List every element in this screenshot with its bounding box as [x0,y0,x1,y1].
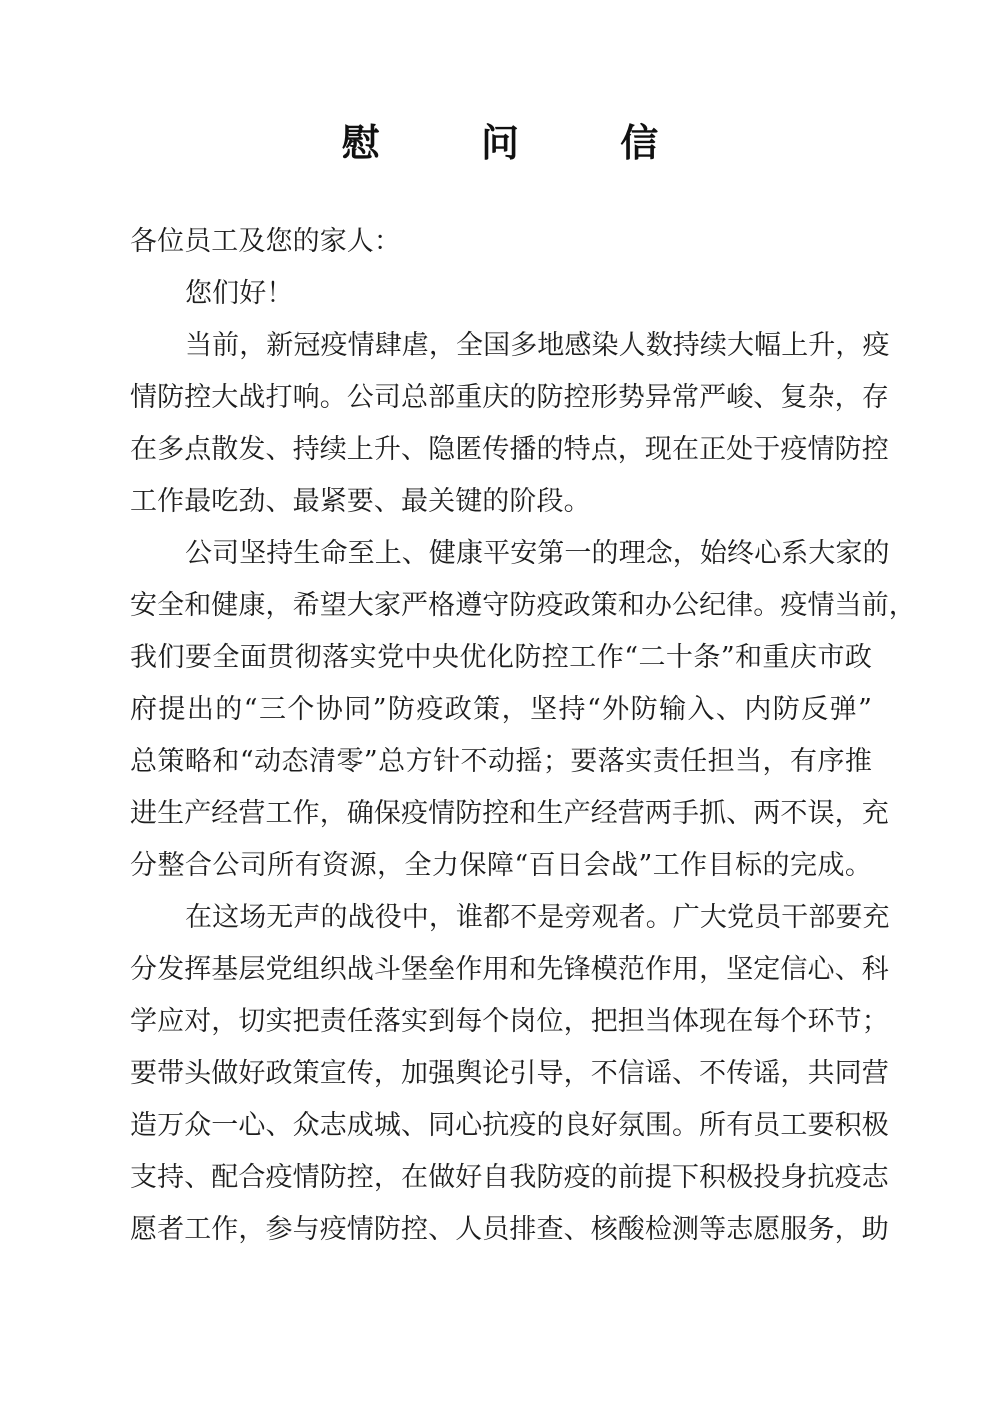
salutation: 各位员工及您的家人： [130,224,872,276]
greeting: 您们好！ [130,276,872,328]
paragraph-2: 公司坚持生命至上、健康平安第一的理念，始终心系大家的 安全和健康，希望大家严格遵… [130,536,872,900]
paragraph-line: 在多点散发、持续上升、隐匿传播的特点，现在正处于疫情防控 [130,432,872,484]
paragraph-3: 在这场无声的战役中，谁都不是旁观者。广大党员干部要充 分发挥基层党组织战斗堡垒作… [130,900,872,1264]
paragraph-line: 愿者工作，参与疫情防控、人员排查、核酸检测等志愿服务，助 [130,1212,872,1264]
paragraph-line: 情防控大战打响。公司总部重庆的防控形势异常严峻、复杂，存 [130,380,872,432]
paragraph-line: 我们要全面贯彻落实党中央优化防控工作“二十条”和重庆市政 [130,640,872,692]
paragraph-line: 学应对，切实把责任落实到每个岗位，把担当体现在每个环节； [130,1004,872,1056]
paragraph-line: 当前，新冠疫情肆虐，全国多地感染人数持续大幅上升，疫 [130,328,872,380]
paragraph-line: 要带头做好政策宣传，加强舆论引导，不信谣、不传谣，共同营 [130,1056,872,1108]
paragraph-line: 工作最吃劲、最紧要、最关键的阶段。 [130,484,872,536]
paragraph-line: 在这场无声的战役中，谁都不是旁观者。广大党员干部要充 [130,900,872,952]
paragraph-line: 总策略和“动态清零”总方针不动摇；要落实责任担当，有序推 [130,744,872,796]
paragraph-line: 分发挥基层党组织战斗堡垒作用和先锋模范作用，坚定信心、科 [130,952,872,1004]
paragraph-line: 分整合公司所有资源，全力保障“百日会战”工作目标的完成。 [130,848,872,900]
paragraph-line: 府提出的“三个协同”防疫政策，坚持“外防输入、内防反弹” [130,692,872,744]
paragraph-line: 造万众一心、众志成城、同心抗疫的良好氛围。所有员工要积极 [130,1108,872,1160]
letter-body: 各位员工及您的家人： 您们好！ 当前，新冠疫情肆虐，全国多地感染人数持续大幅上升… [130,224,872,1264]
paragraph-line: 进生产经营工作，确保疫情防控和生产经营两手抓、两不误，充 [130,796,872,848]
letter-page: 慰 问 信 各位员工及您的家人： 您们好！ 当前，新冠疫情肆虐，全国多地感染人数… [0,0,1000,1414]
paragraph-line: 安全和健康，希望大家严格遵守防疫政策和办公纪律。疫情当前， [130,588,872,640]
paragraph-1: 当前，新冠疫情肆虐，全国多地感染人数持续大幅上升，疫 情防控大战打响。公司总部重… [130,328,872,536]
letter-title: 慰 问 信 [0,112,1000,167]
paragraph-line: 公司坚持生命至上、健康平安第一的理念，始终心系大家的 [130,536,872,588]
paragraph-line: 支持、配合疫情防控，在做好自我防疫的前提下积极投身抗疫志 [130,1160,872,1212]
